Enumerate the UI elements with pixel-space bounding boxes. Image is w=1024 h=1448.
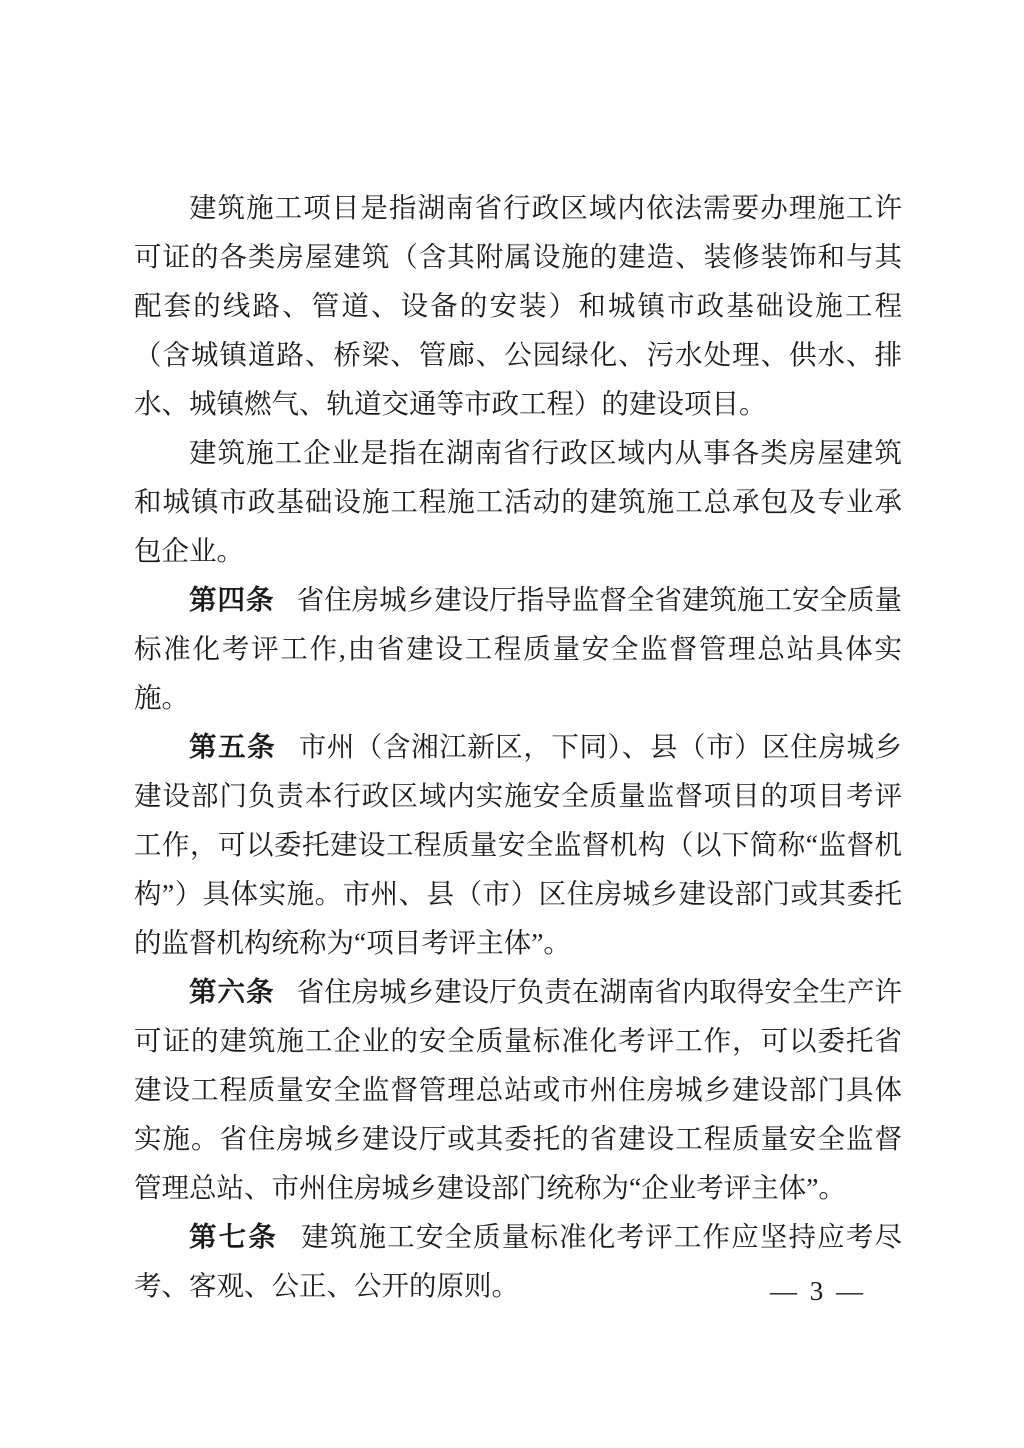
paragraph-text: 省住房城乡建设厅负责在湖南省内取得安全生产许可证的建筑施工企业的安全质量标准化考… <box>134 976 902 1203</box>
article-6-label: 第六条 <box>189 976 275 1007</box>
paragraph-definition-enterprise: 建筑施工企业是指在湖南省行政区域内从事各类房屋建筑和城镇市政基础设施工程施工活动… <box>134 428 902 575</box>
article-7-label: 第七条 <box>189 1221 278 1252</box>
paragraph-text: 建筑施工企业是指在湖南省行政区域内从事各类房屋建筑和城镇市政基础设施工程施工活动… <box>134 437 902 566</box>
document-page: 建筑施工项目是指湖南省行政区域内依法需要办理施工许可证的各类房屋建筑（含其附属设… <box>0 0 1024 1448</box>
paragraph-text: 建筑施工项目是指湖南省行政区域内依法需要办理施工许可证的各类房屋建筑（含其附属设… <box>134 192 902 419</box>
document-body: 建筑施工项目是指湖南省行政区域内依法需要办理施工许可证的各类房屋建筑（含其附属设… <box>134 183 902 1310</box>
paragraph-article-6: 第六条 省住房城乡建设厅负责在湖南省内取得安全生产许可证的建筑施工企业的安全质量… <box>134 967 902 1212</box>
article-4-label: 第四条 <box>189 584 275 615</box>
paragraph-article-5: 第五条 市州（含湘江新区，下同）、县（市）区住房城乡建设部门负责本行政区域内实施… <box>134 722 902 967</box>
paragraph-text: 市州（含湘江新区，下同）、县（市）区住房城乡建设部门负责本行政区域内实施安全质量… <box>134 731 902 958</box>
page-number: — 3 — <box>770 1276 866 1307</box>
article-5-label: 第五条 <box>189 731 276 762</box>
paragraph-article-4: 第四条 省住房城乡建设厅指导监督全省建筑施工安全质量标准化考评工作,由省建设工程… <box>134 575 902 722</box>
paragraph-definition-project: 建筑施工项目是指湖南省行政区域内依法需要办理施工许可证的各类房屋建筑（含其附属设… <box>134 183 902 428</box>
